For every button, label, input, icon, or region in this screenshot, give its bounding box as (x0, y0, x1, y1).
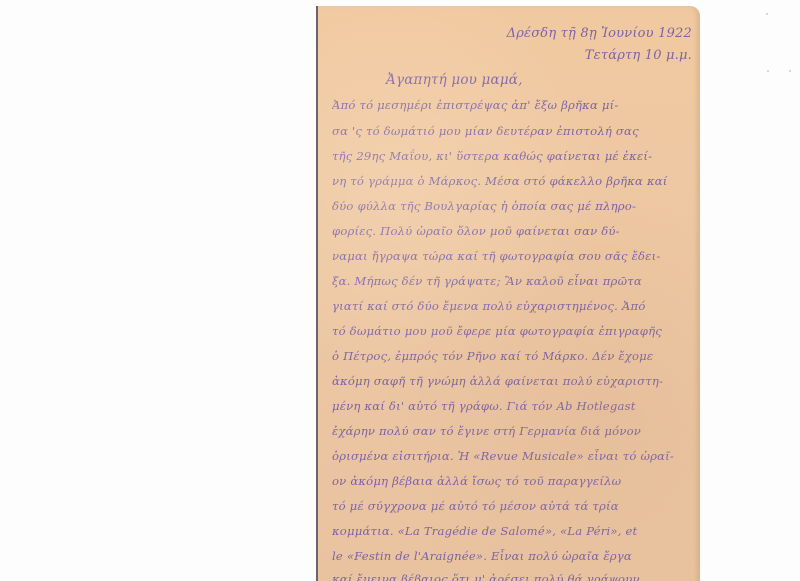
letter-line: ἀκόμη σαφῆ τῆ γνώμη ἀλλά φαίνεται πολύ ε… (332, 374, 692, 388)
letter-date: Δρέσδη τῇ 8ῃ Ἰουνίου 1922 (507, 26, 692, 41)
letter-line: καί ἔμεινα βέβαιος ὅτι μ' ἀρέσει πολύ θά… (332, 572, 692, 581)
letter-time: Τετάρτη 10 μ.μ. (585, 48, 692, 63)
scan-speck (766, 13, 768, 15)
letter-line: ξα. Μήπως δέν τῆ γράψατε; Ἂν καλοῦ εἶναι… (332, 274, 692, 288)
letter-line: Ἀπό τό μεσημέρι ἐπιστρέψας ἀπ' ἔξω βρῆκα… (332, 98, 692, 112)
letter-line: σα 'ς τό δωμάτιό μου μίαν δευτέραν ἐπιστ… (332, 124, 692, 138)
letter-line: φορίες. Πολύ ὡραῖο ὅλον μοῦ φαίνεται σαν… (332, 224, 692, 238)
letter-line: νη τό γράμμα ὁ Μάρκος. Μέσα στό φάκελλο … (332, 174, 692, 188)
letter-paper: Δρέσδη τῇ 8ῃ Ἰουνίου 1922 Τετάρτη 10 μ.μ… (316, 6, 700, 581)
letter-salutation: Ἀγαπητή μου μαμά, (386, 72, 523, 88)
letter-line: ον ἀκόμη βέβαια ἀλλά ἴσως τό τοῦ παραγγε… (332, 474, 692, 488)
letter-line: τῆς 29ης Μαΐου, κι' ὕστερα καθώς φαίνετα… (332, 149, 692, 163)
letter-line: ναμαι ἤγραψα τώρα καί τῆ φωτογραφία σου … (332, 249, 692, 263)
letter-line: le «Festin de l'Araignée». Εἶναι πολύ ὡρ… (332, 549, 692, 563)
letter-line: τό μέ σύγχρονα μέ αὐτό τό μέσον αὐτά τά … (332, 499, 692, 513)
scan-speck (767, 70, 769, 72)
scanned-page: Δρέσδη τῇ 8ῃ Ἰουνίου 1922 Τετάρτη 10 μ.μ… (0, 0, 800, 581)
letter-line: ἐχάρην πολύ σαν τό ἔγινε στή Γερμανία δι… (332, 424, 692, 438)
letter-line: ὁρισμένα εἰσιτήρια. Ἡ «Revue Musicale» ε… (332, 449, 692, 463)
letter-line: δύο φύλλα τῆς Βουλγαρίας ἡ ὁποία σας μέ … (332, 199, 692, 213)
letter-line: τό δωμάτιο μου μοῦ ἔφερε μία φωτογραφία … (332, 324, 692, 338)
letter-line: μένη καί δι' αὐτό τῆ γράφω. Γιά τόν Ab H… (332, 399, 692, 413)
letter-line: γιατί καί στό δύο ἔμενα πολύ εὐχαριστημέ… (332, 299, 692, 313)
letter-line: ὁ Πέτρος, ἐμπρός τόν Ρῆνο καί τό Μάρκο. … (332, 349, 692, 363)
scan-speck (789, 70, 791, 72)
letter-line: κομμάτια. «La Tragédie de Salomé», «La P… (332, 524, 692, 538)
